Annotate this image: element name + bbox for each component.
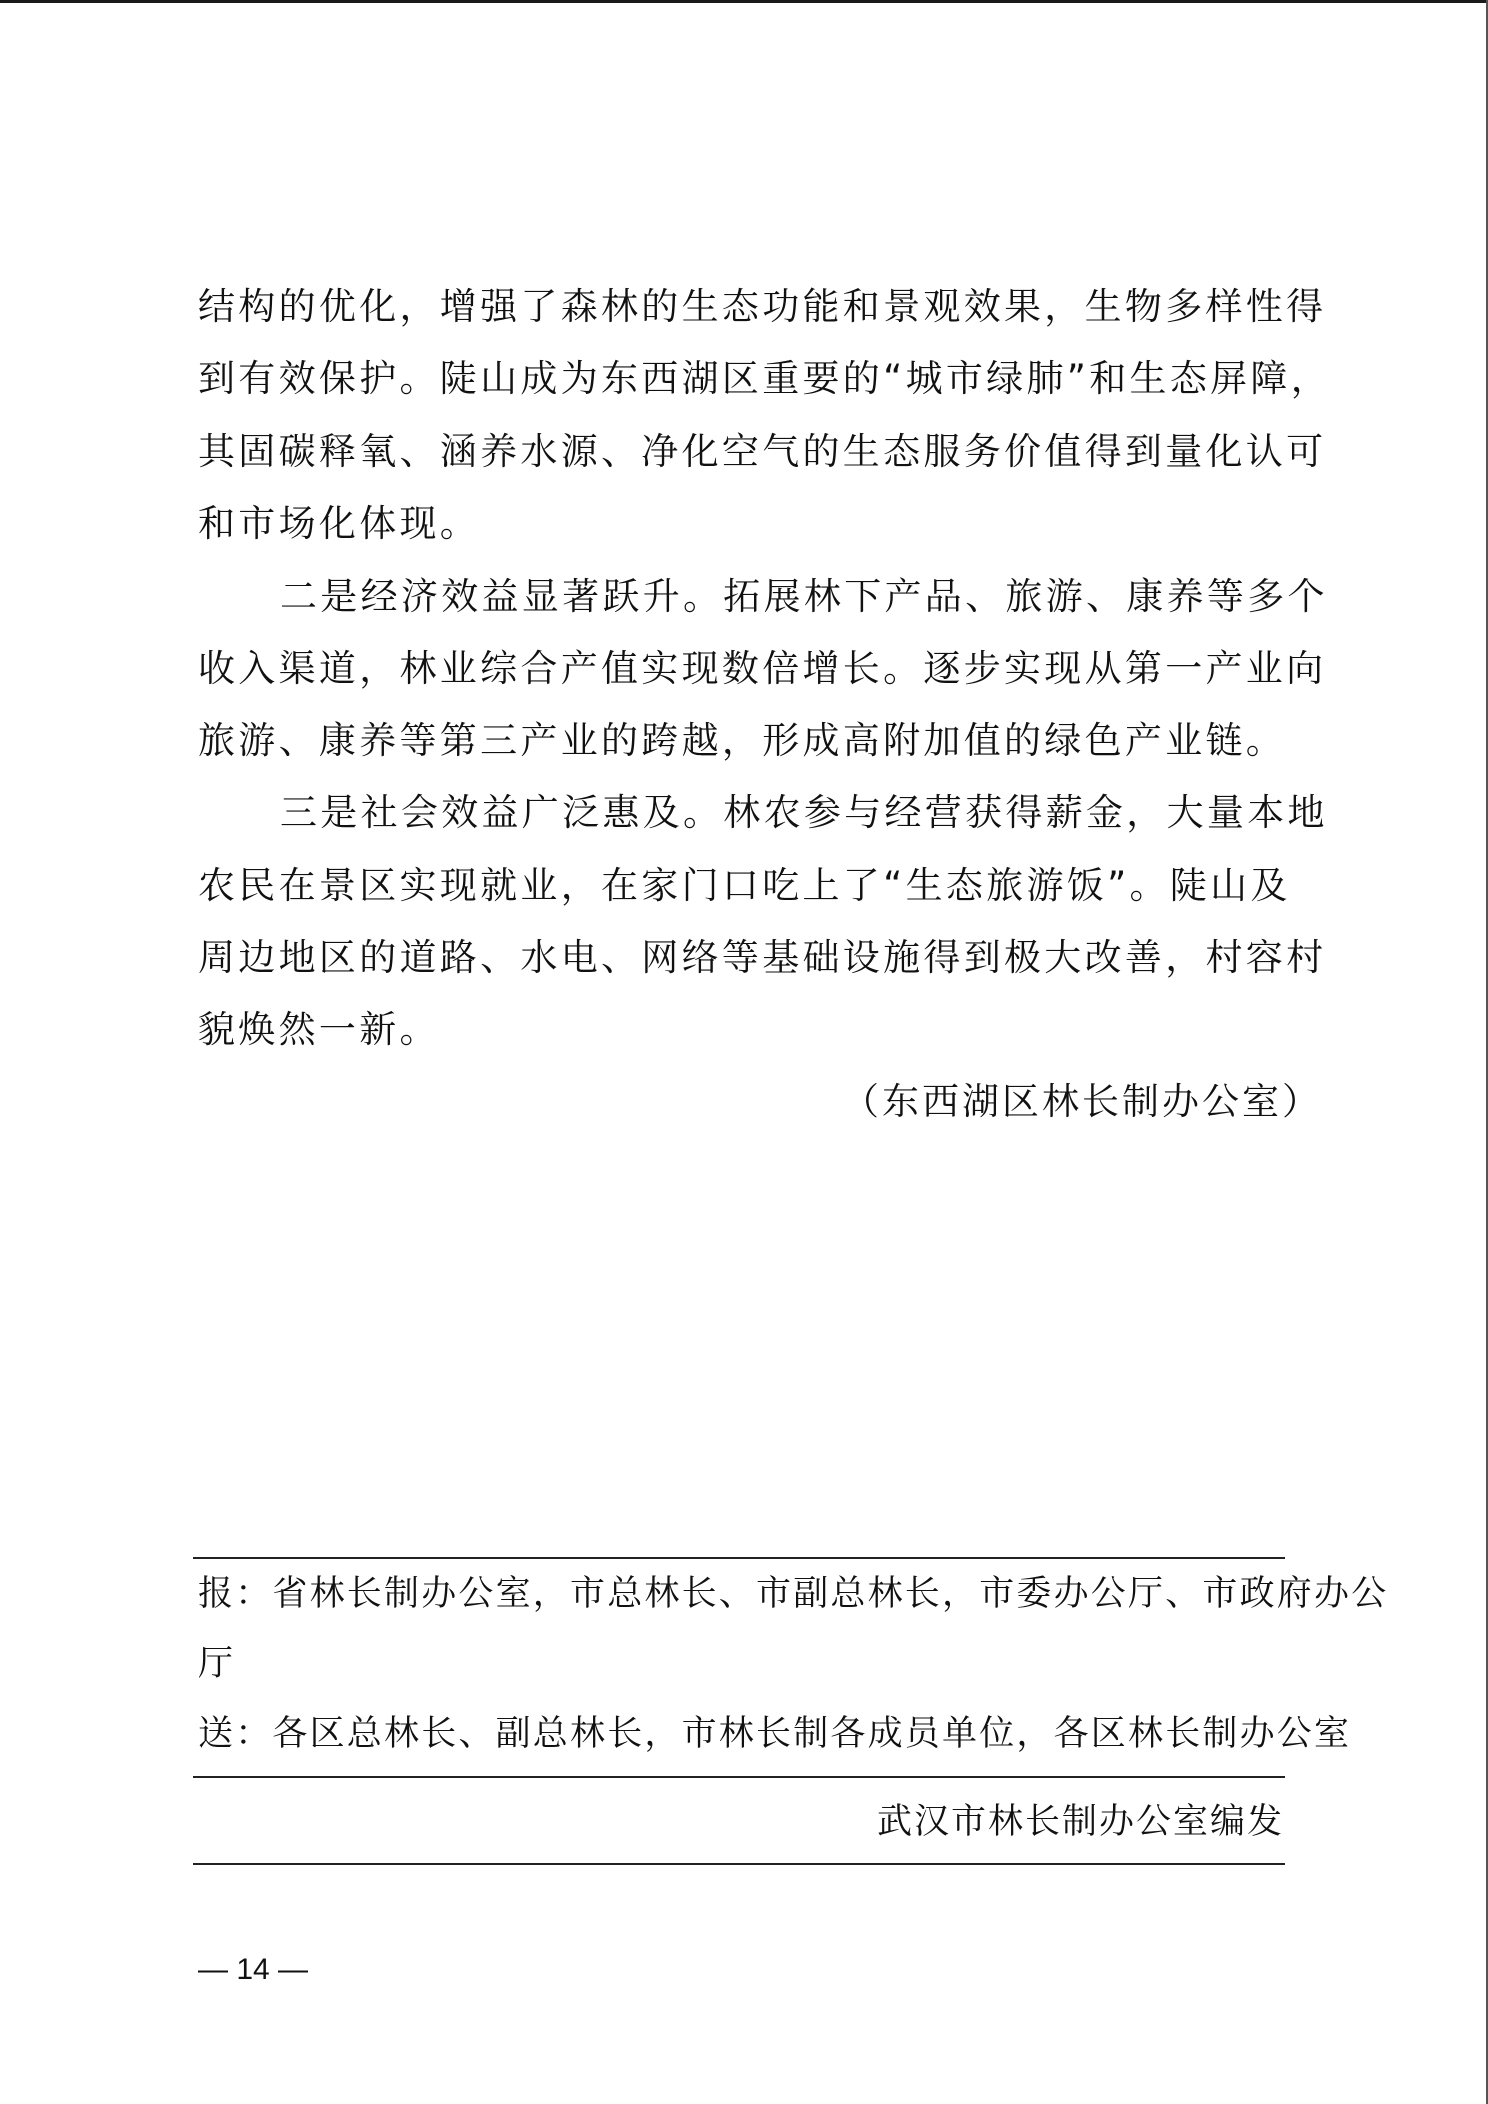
body-text-line: 三是社会效益广泛惠及。林农参与经营获得薪金，大量本地 [280, 789, 1304, 837]
body-text-line: 农民在景区实现就业，在家门口吃上了“生态旅游饭”。陡山及 [198, 862, 1304, 910]
body-text-line: 到有效保护。陡山成为东西湖区重要的“城市绿肺”和生态屏障， [198, 355, 1304, 403]
body-text-line: 二是经济效益显著跃升。拓展林下产品、旅游、康养等多个 [280, 573, 1304, 621]
page-number: — 14 — [198, 1950, 308, 1990]
send-to-line: 送：各区总林长、副总林长，市林长制各成员单位，各区林长制办公室 [198, 1711, 1351, 1757]
body-text-line: 结构的优化，增强了森林的生态功能和景观效果，生物多样性得 [198, 283, 1304, 331]
page-top-border [0, 0, 1488, 3]
body-text-line: 其固碳释氧、涵养水源、净化空气的生态服务价值得到量化认可 [198, 428, 1304, 476]
body-text-line: 貌焕然一新。 [198, 1006, 1304, 1054]
footer-rule-bottom [193, 1863, 1285, 1865]
publisher-label: 武汉市林长制办公室编发 [877, 1799, 1284, 1845]
body-text-line: 旅游、康养等第三产业的跨越，形成高附加值的绿色产业链。 [198, 717, 1304, 765]
footer-rule-top [193, 1557, 1285, 1559]
footer-rule-middle [193, 1776, 1285, 1778]
body-text-line: 收入渠道，林业综合产值实现数倍增长。逐步实现从第一产业向 [198, 645, 1304, 693]
report-to-line: 报：省林长制办公室，市总林长、市副总林长，市委办公厅、市政府办公 [198, 1571, 1388, 1617]
article-attribution: （东西湖区林长制办公室） [842, 1078, 1322, 1126]
report-to-line-continued: 厅 [198, 1641, 235, 1687]
body-text-line: 周边地区的道路、水电、网络等基础设施得到极大改善，村容村 [198, 934, 1304, 982]
body-text-line: 和市场化体现。 [198, 500, 1304, 548]
